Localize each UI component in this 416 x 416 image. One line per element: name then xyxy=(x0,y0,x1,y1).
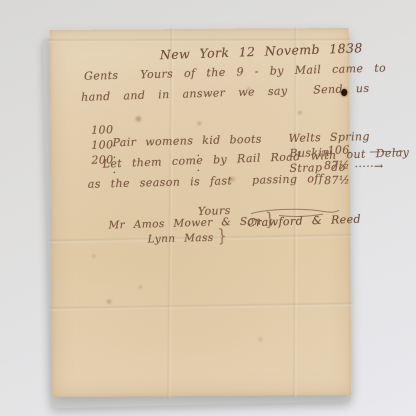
letter-body-line: hand and in answer we say Send us xyxy=(81,82,370,104)
letter-dateline: New York 12 Novemb 1838 xyxy=(160,40,363,62)
foxing-spot xyxy=(257,337,264,343)
letter-paper: New York 12 Novemb 1838 Gents Yours of t… xyxy=(50,28,352,397)
foxing-spot xyxy=(138,284,144,289)
photo-background: New York 12 Novemb 1838 Gents Yours of t… xyxy=(0,0,416,416)
flourish-glyph: } xyxy=(217,227,227,247)
recipient-city-text: Lynn Mass xyxy=(147,232,213,246)
letter-body-line: Gents Yours of the 9 - by Mail came to xyxy=(84,61,386,82)
recipient-city: Lynn Mass} xyxy=(95,217,228,260)
flourish-glyph: } xyxy=(265,210,275,230)
foxing-spot xyxy=(106,299,113,305)
fold-crease-horizontal-lower xyxy=(50,303,353,311)
